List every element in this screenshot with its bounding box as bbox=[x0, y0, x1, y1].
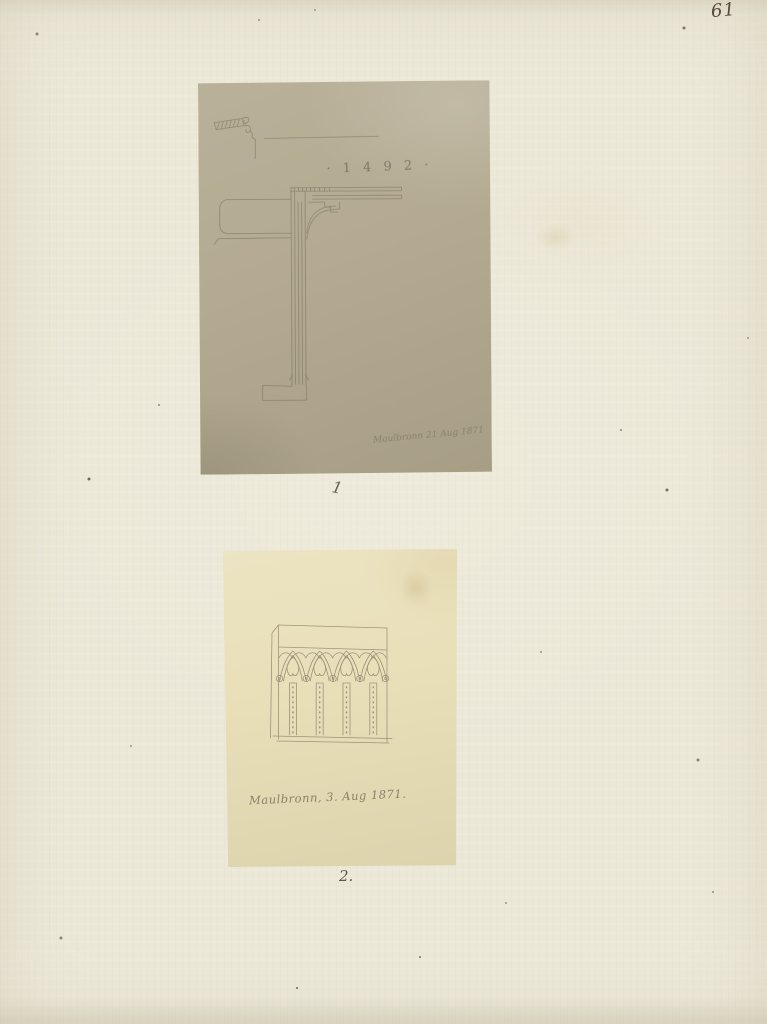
figure-label-1: 1 bbox=[330, 477, 344, 498]
mounted-sketch-2: Maulbronn, 3. Aug 1871. bbox=[223, 549, 457, 867]
mounted-sketch-1: · 1 4 9 2 · Maulbronn 21 Aug 1871 bbox=[198, 80, 492, 475]
post-lines bbox=[291, 188, 306, 387]
figure-label-2: 2. bbox=[339, 867, 353, 885]
foxing-specks bbox=[0, 0, 2, 2]
corbel-bracket bbox=[307, 202, 340, 239]
beam-lines bbox=[291, 187, 402, 199]
palmette-arches bbox=[280, 651, 387, 681]
bottom-edge-lines bbox=[273, 736, 392, 743]
drawing-frieze-capital bbox=[223, 549, 457, 867]
volute-scrolls bbox=[276, 675, 388, 681]
molding-profile-detail bbox=[214, 117, 378, 159]
post-base bbox=[263, 375, 309, 400]
shafts-and-bead-strings bbox=[289, 683, 376, 735]
drawing-post-bracket-section bbox=[198, 80, 492, 476]
beam-end-section bbox=[214, 199, 291, 244]
folio-number: 61 bbox=[710, 0, 737, 22]
album-page: 61 bbox=[0, 0, 767, 1024]
